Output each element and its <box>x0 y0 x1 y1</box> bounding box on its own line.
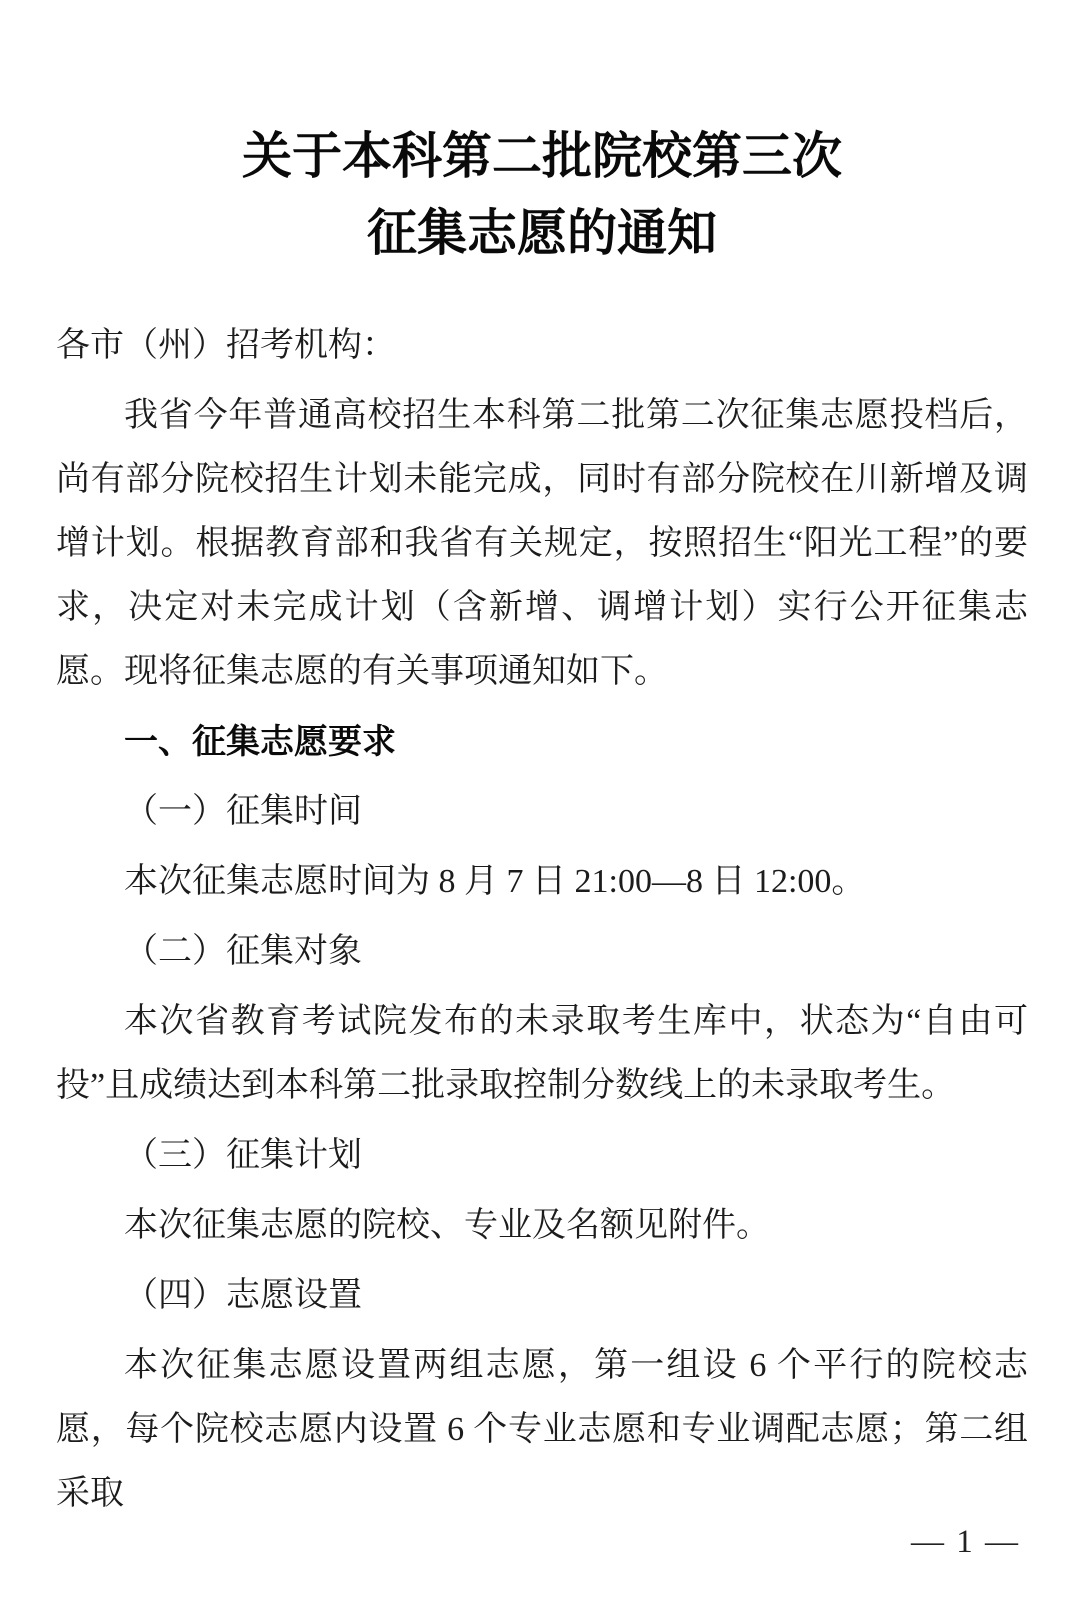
document-title-line-1: 关于本科第二批院校第三次 <box>56 118 1028 195</box>
document-page: 关于本科第二批院校第三次 征集志愿的通知 各市（州）招考机构： 我省今年普通高校… <box>0 0 1084 1600</box>
salutation: 各市（州）招考机构： <box>56 314 1028 378</box>
subsection-heading-2-collection-target: （二）征集对象 <box>56 920 1028 984</box>
subsection-heading-1-collection-time: （一）征集时间 <box>56 780 1028 844</box>
paragraph-collection-target: 本次省教育考试院发布的未录取考生库中，状态为“自由可投”且成绩达到本科第二批录取… <box>56 990 1028 1118</box>
paragraph-volunteer-setup: 本次征集志愿设置两组志愿，第一组设 6 个平行的院校志愿，每个院校志愿内设置 6… <box>56 1334 1028 1526</box>
subsection-heading-3-collection-plan: （三）征集计划 <box>56 1124 1028 1188</box>
document-title: 关于本科第二批院校第三次 征集志愿的通知 <box>56 118 1028 272</box>
document-title-line-2: 征集志愿的通知 <box>56 195 1028 272</box>
paragraph-collection-plan: 本次征集志愿的院校、专业及名额见附件。 <box>56 1194 1028 1258</box>
subsection-heading-4-volunteer-setup: （四）志愿设置 <box>56 1264 1028 1328</box>
page-number: — 1 — <box>911 1524 1020 1560</box>
paragraph-collection-time: 本次征集志愿时间为 8 月 7 日 21:00—8 日 12:00。 <box>56 850 1028 914</box>
document-body: 各市（州）招考机构： 我省今年普通高校招生本科第二批第二次征集志愿投档后，尚有部… <box>56 314 1028 1526</box>
section-heading-1: 一、征集志愿要求 <box>56 710 1028 774</box>
intro-paragraph: 我省今年普通高校招生本科第二批第二次征集志愿投档后，尚有部分院校招生计划未能完成… <box>56 384 1028 704</box>
